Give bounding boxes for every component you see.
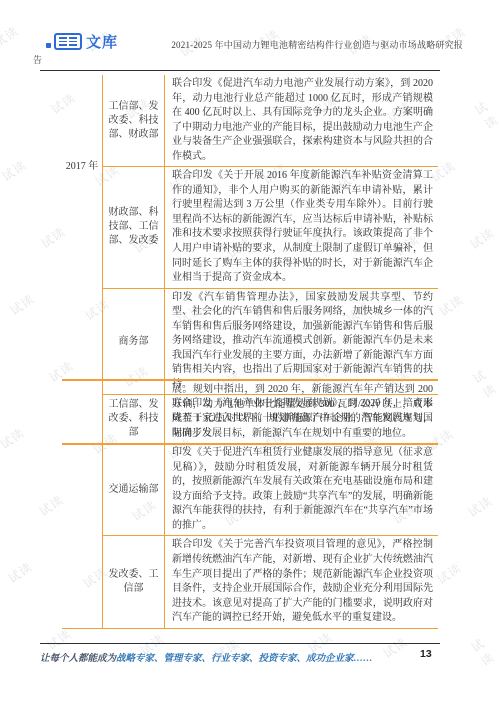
- footer-slogan-prefix: 让每个人都能成为: [40, 654, 116, 664]
- policy-cell: 展。规划中指出，到 2020 年，新能源汽车年产销达到 200 万辆，动力电池单…: [165, 381, 438, 443]
- watermark-text: 试读: [469, 361, 499, 401]
- header-rule: [40, 70, 440, 71]
- document-page: 试读试读试读试读试读试读试读试读试读试读试读试读试读试读试读试读试读试读试读试读…: [0, 0, 499, 706]
- watermark-text: 试读: [435, 291, 466, 320]
- ministry-cell: 发改委、工信部: [103, 536, 165, 627]
- logo-bars-icon: [59, 37, 67, 45]
- logo-box-icon: [54, 33, 82, 50]
- table-row: 发改委、工信部 联合印发《关于完善汽车投资项目管理的意见》，严格控制新增传统燃油…: [103, 536, 438, 627]
- watermark-text: 试读: [379, 633, 410, 662]
- table-row: 交通运输部 印发《关于促进汽车租赁行业健康发展的指导意见（征求意见稿）》，鼓励分…: [103, 444, 438, 536]
- ministry-cell: 交通运输部: [103, 444, 165, 535]
- brand-logo-text: 文库: [86, 31, 118, 52]
- brand-logo: 文库: [46, 31, 118, 52]
- watermark-text: 试读: [464, 492, 495, 521]
- footer-slogan-highlight: 战略专家、管理专家、行业专家、投资专家、成功企业家……: [116, 654, 373, 664]
- watermark-text: 试读: [0, 156, 30, 185]
- ministry-cell: 财政部、科技部、工信部、发改委: [103, 167, 165, 287]
- watermark-text: 试读: [6, 290, 37, 319]
- policy-cell: 印发《关于促进汽车租赁行业健康发展的指导意见（征求意见稿）》，鼓励分时租赁发展，…: [165, 444, 438, 535]
- policy-table-part2: 展。规划中指出，到 2020 年，新能源汽车年产销达到 200 万辆，动力电池单…: [62, 379, 438, 629]
- policy-cell: 联合印发《促进汽车动力电池产业发展行动方案》，到 2020 年，动力电池行业总产…: [165, 75, 438, 166]
- logo-bars-icon: [69, 37, 77, 45]
- table-rows: 展。规划中指出，到 2020 年，新能源汽车年产销达到 200 万辆，动力电池单…: [103, 381, 438, 628]
- report-title-line1: 2021-2025 年中国动力锂电池精密结构件行业创造与驱动市场战略研究报: [171, 38, 463, 51]
- year-cell-empty: [62, 381, 103, 628]
- watermark-text: 试读: [466, 224, 497, 253]
- report-title-line2: 告: [33, 53, 42, 66]
- footer-rule: [40, 643, 440, 644]
- watermark-text: 试读: [433, 559, 464, 588]
- ministry-cell: [103, 381, 165, 443]
- policy-cell: 联合印发《关于完善汽车投资项目管理的意见》，严格控制新增传统燃油汽车产能，对新增…: [165, 536, 438, 627]
- page-number: 13: [420, 648, 432, 660]
- table-row: 工信部、发改委、科技部、财政部 联合印发《促进汽车动力电池产业发展行动方案》，到…: [103, 75, 438, 167]
- table-row: 展。规划中指出，到 2020 年，新能源汽车年产销达到 200 万辆，动力电池单…: [103, 381, 438, 444]
- watermark-text: 试读: [0, 22, 22, 51]
- policy-cell: 联合印发《关于开展 2016 年度新能源汽车补贴资金清算工作的通知》，非个人用户…: [165, 167, 438, 287]
- ministry-cell: 工信部、发改委、科技部、财政部: [103, 75, 165, 166]
- watermark-text: 试读: [4, 558, 35, 587]
- watermark-text: 试读: [0, 424, 28, 453]
- table-row: 财政部、科技部、工信部、发改委 联合印发《关于开展 2016 年度新能源汽车补贴…: [103, 167, 438, 288]
- watermark-text: 试读: [471, 93, 499, 132]
- logo-dot-icon: [46, 43, 51, 48]
- watermark-text: 试读: [467, 628, 499, 670]
- footer-slogan: 让每个人都能成为战略专家、管理专家、行业专家、投资专家、成功企业家……: [40, 650, 373, 664]
